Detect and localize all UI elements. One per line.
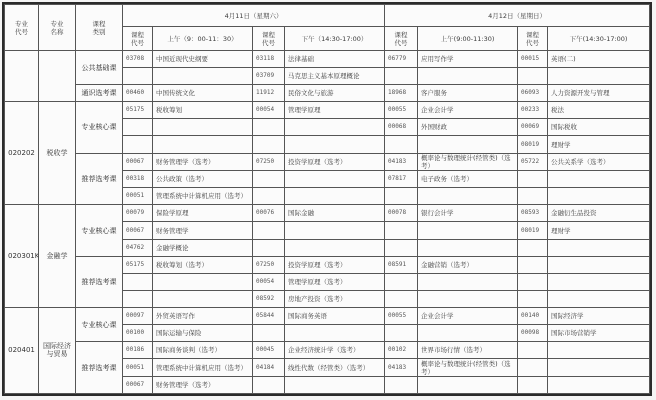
header-course-code: 课程 代号	[123, 27, 153, 51]
course-name-cell: 财务管理学（选考）	[153, 376, 253, 393]
header-day2-pm: 下午(14:30-17:00)	[548, 27, 650, 51]
header-course-code: 课程 代号	[385, 27, 418, 51]
course-code-cell: 04183	[385, 153, 418, 171]
course-code-cell: 00067	[123, 376, 153, 393]
course-name-cell: 外贸英语写作	[153, 307, 253, 324]
major-code: 020401	[5, 307, 39, 393]
course-code-cell: 00069	[518, 119, 548, 136]
course-name-cell: 保险学原理	[153, 205, 253, 222]
course-name-cell	[153, 68, 253, 85]
header-day2-am: 上午(9:00-11:30)	[418, 27, 518, 51]
course-code-cell	[253, 325, 285, 342]
course-name-cell	[285, 376, 385, 393]
course-code-cell: 00055	[385, 307, 418, 324]
course-name-cell: 线性代数（经管类）（选考）	[285, 359, 385, 377]
course-code-cell: 05175	[123, 102, 153, 119]
major-name: 金融学	[39, 205, 76, 308]
course-code-cell: 03708	[123, 51, 153, 68]
course-code-cell	[385, 325, 418, 342]
course-name-cell	[548, 342, 650, 359]
course-code-cell: 00318	[123, 171, 153, 188]
course-name-cell: 投资学原理（选考）	[285, 153, 385, 171]
course-code-cell: 04184	[253, 359, 285, 377]
course-name-cell	[153, 290, 253, 307]
course-name-cell: 国际商务谈判（选考）	[153, 342, 253, 359]
course-code-cell	[518, 359, 548, 377]
course-name-cell	[418, 376, 518, 393]
course-code-cell	[385, 239, 418, 256]
exam-schedule-table: 专业 代号 专业 名称 课程 类别 4月11日（星期六） 4月12日（星期日） …	[4, 4, 650, 394]
course-name-cell	[285, 136, 385, 153]
course-name-cell: 中国传统文化	[153, 85, 253, 102]
course-code-cell	[518, 256, 548, 273]
course-code-cell: 06093	[518, 85, 548, 102]
course-code-cell	[123, 290, 153, 307]
course-name-cell: 管理学原理（选考）	[285, 273, 385, 290]
course-name-cell	[418, 136, 518, 153]
course-code-cell: 07250	[253, 256, 285, 273]
course-code-cell: 00015	[518, 51, 548, 68]
course-name-cell	[548, 290, 650, 307]
course-code-cell	[123, 273, 153, 290]
course-code-cell	[518, 188, 548, 205]
course-name-cell: 国际经济学	[548, 307, 650, 324]
course-name-cell: 金融衍生品投资	[548, 205, 650, 222]
course-name-cell	[418, 222, 518, 239]
major-name: 税收学	[39, 102, 76, 205]
course-name-cell	[418, 188, 518, 205]
header-day1-pm: 下午（14:30-17:00）	[285, 27, 385, 51]
course-name-cell: 财务管理学	[153, 222, 253, 239]
course-code-cell: 00045	[253, 342, 285, 359]
course-code-cell: 03118	[253, 51, 285, 68]
schedule-body: 公共基础课03708中国近现代史纲要03118法律基础06779应用写作学000…	[5, 51, 650, 394]
course-code-cell	[123, 136, 153, 153]
course-name-cell: 中国近现代史纲要	[153, 51, 253, 68]
course-code-cell	[253, 188, 285, 205]
course-code-cell	[253, 376, 285, 393]
course-name-cell: 应用写作学	[418, 51, 518, 68]
course-code-cell	[385, 290, 418, 307]
course-code-cell	[385, 222, 418, 239]
course-name-cell: 国际运输与保险	[153, 325, 253, 342]
table-row: 020301K金融学专业核心课00079保险学原理00076国际金融00078银…	[5, 205, 650, 222]
course-name-cell: 管理系统中计算机应用（选考）	[153, 188, 253, 205]
course-code-cell: 00140	[518, 307, 548, 324]
course-category: 推荐选考课	[76, 342, 123, 394]
course-name-cell: 金融学概论	[153, 239, 253, 256]
course-code-cell	[385, 188, 418, 205]
course-code-cell	[518, 239, 548, 256]
course-name-cell	[548, 256, 650, 273]
major-name	[39, 51, 76, 102]
course-code-cell: 03709	[253, 68, 285, 85]
course-name-cell: 理财学	[548, 222, 650, 239]
course-code-cell	[253, 119, 285, 136]
course-category: 推荐选考课	[76, 256, 123, 307]
course-name-cell: 国际商务英语	[285, 307, 385, 324]
course-code-cell	[518, 342, 548, 359]
course-name-cell	[153, 136, 253, 153]
course-code-cell: 00460	[123, 85, 153, 102]
course-name-cell: 税收筹划	[153, 102, 253, 119]
course-name-cell: 国际市场营销学	[548, 325, 650, 342]
course-name-cell	[418, 290, 518, 307]
course-name-cell: 世界市场行情（选考）	[418, 342, 518, 359]
course-name-cell: 税收筹划（选考）	[153, 256, 253, 273]
header-major-code: 专业 代号	[5, 5, 39, 51]
course-name-cell: 公共政策（选考）	[153, 171, 253, 188]
course-code-cell: 00233	[518, 102, 548, 119]
course-code-cell	[253, 136, 285, 153]
course-code-cell: 11912	[253, 85, 285, 102]
course-name-cell: 英语(二)	[548, 51, 650, 68]
course-name-cell	[548, 188, 650, 205]
course-code-cell: 00051	[123, 188, 153, 205]
course-category: 推荐选考课	[76, 153, 123, 205]
course-code-cell: 08019	[518, 136, 548, 153]
header-day2: 4月12日（星期日）	[385, 5, 650, 27]
course-name-cell: 马克思主义基本原理概论	[285, 68, 385, 85]
course-name-cell: 企业经济统计学（选考）	[285, 342, 385, 359]
course-code-cell	[253, 239, 285, 256]
course-name-cell: 理财学	[548, 136, 650, 153]
course-name-cell	[548, 68, 650, 85]
course-name-cell: 概率论与数理统计(经管类)（选考）	[418, 359, 518, 377]
course-name-cell	[548, 376, 650, 393]
course-code-cell: 07817	[385, 171, 418, 188]
course-code-cell	[385, 376, 418, 393]
course-code-cell: 00078	[385, 205, 418, 222]
course-name-cell	[548, 171, 650, 188]
header-course-code: 课程 代号	[518, 27, 548, 51]
course-name-cell: 人力资源开发与管理	[548, 85, 650, 102]
table-row: 020401国际经济 与贸易专业核心课00097外贸英语写作05844国际商务英…	[5, 307, 650, 324]
course-code-cell: 00067	[123, 153, 153, 171]
course-code-cell: 05844	[253, 307, 285, 324]
course-name-cell	[285, 188, 385, 205]
course-code-cell	[385, 136, 418, 153]
course-category: 公共基础课	[76, 51, 123, 85]
course-code-cell	[518, 68, 548, 85]
course-name-cell	[418, 325, 518, 342]
course-name-cell	[285, 119, 385, 136]
course-name-cell	[548, 273, 650, 290]
course-name-cell: 金融营销（选考）	[418, 256, 518, 273]
course-code-cell: 00186	[123, 342, 153, 359]
course-category: 专业核心课	[76, 205, 123, 256]
course-name-cell: 公共关系学（选考）	[548, 153, 650, 171]
course-name-cell: 房地产投资（选考）	[285, 290, 385, 307]
course-name-cell: 管理系统中计算机应用（选考）	[153, 359, 253, 377]
course-code-cell: 00097	[123, 307, 153, 324]
course-code-cell	[518, 290, 548, 307]
course-code-cell	[253, 222, 285, 239]
course-code-cell: 04183	[385, 359, 418, 377]
course-name-cell: 企业会计学	[418, 102, 518, 119]
course-code-cell: 07250	[253, 153, 285, 171]
course-name-cell: 法律基础	[285, 51, 385, 68]
major-name: 国际经济 与贸易	[39, 307, 76, 393]
course-name-cell: 民俗文化与旅游	[285, 85, 385, 102]
course-code-cell: 00079	[123, 205, 153, 222]
course-name-cell: 国际金融	[285, 205, 385, 222]
course-name-cell: 客户服务	[418, 85, 518, 102]
course-code-cell: 00100	[123, 325, 153, 342]
course-name-cell	[548, 239, 650, 256]
course-code-cell: 00051	[123, 359, 153, 377]
table-row: 推荐选考课00067财务管理学（选考）07250投资学原理（选考）04183概率…	[5, 153, 650, 171]
course-code-cell: 05175	[123, 256, 153, 273]
course-name-cell	[285, 171, 385, 188]
course-name-cell	[153, 273, 253, 290]
course-category: 专业核心课	[76, 102, 123, 153]
course-name-cell: 财务管理学（选考）	[153, 153, 253, 171]
course-code-cell	[518, 376, 548, 393]
course-code-cell: 18968	[385, 85, 418, 102]
course-code-cell: 00055	[385, 102, 418, 119]
course-code-cell: 00054	[253, 102, 285, 119]
course-code-cell: 05722	[518, 153, 548, 171]
course-code-cell: 00067	[123, 222, 153, 239]
exam-schedule-table-frame: 专业 代号 专业 名称 课程 类别 4月11日（星期六） 4月12日（星期日） …	[2, 2, 652, 396]
course-name-cell	[418, 68, 518, 85]
course-code-cell: 08591	[385, 256, 418, 273]
course-name-cell: 概率论与数理统计(经管类)（选考）	[418, 153, 518, 171]
course-name-cell: 企业会计学	[418, 307, 518, 324]
table-row: 020202税收学专业核心课05175税收筹划00054管理学原理00055企业…	[5, 102, 650, 119]
course-category: 通识选考课	[76, 85, 123, 102]
major-code: 020301K	[5, 205, 39, 308]
course-name-cell	[285, 239, 385, 256]
header-course-code: 课程 代号	[253, 27, 285, 51]
table-row: 推荐选考课00186国际商务谈判（选考）00045企业经济统计学（选考）0010…	[5, 342, 650, 359]
course-code-cell	[385, 273, 418, 290]
course-name-cell: 投资学原理（选考）	[285, 256, 385, 273]
header-course-type: 课程 类别	[76, 5, 123, 51]
header-day1-am: 上午（9：00-11：30）	[153, 27, 253, 51]
course-code-cell: 08019	[518, 222, 548, 239]
course-code-cell	[253, 171, 285, 188]
course-code-cell	[123, 119, 153, 136]
table-row: 通识选考课00460中国传统文化11912民俗文化与旅游18968客户服务060…	[5, 85, 650, 102]
course-code-cell: 00098	[518, 325, 548, 342]
course-name-cell: 税法	[548, 102, 650, 119]
course-code-cell	[518, 273, 548, 290]
course-code-cell: 00054	[253, 273, 285, 290]
course-code-cell: 08592	[253, 290, 285, 307]
course-name-cell	[285, 222, 385, 239]
course-name-cell	[418, 239, 518, 256]
course-name-cell: 电子政务（选考）	[418, 171, 518, 188]
course-name-cell: 国际税收	[548, 119, 650, 136]
major-code	[5, 51, 39, 102]
major-code: 020202	[5, 102, 39, 205]
course-name-cell: 管理学原理	[285, 102, 385, 119]
course-name-cell	[548, 359, 650, 377]
course-code-cell: 04762	[123, 239, 153, 256]
header-day1: 4月11日（星期六）	[123, 5, 385, 27]
table-row: 公共基础课03708中国近现代史纲要03118法律基础06779应用写作学000…	[5, 51, 650, 68]
course-category: 专业核心课	[76, 307, 123, 341]
course-code-cell	[385, 68, 418, 85]
course-name-cell	[153, 119, 253, 136]
course-code-cell: 00076	[253, 205, 285, 222]
course-code-cell: 08593	[518, 205, 548, 222]
course-code-cell	[123, 68, 153, 85]
course-code-cell	[518, 171, 548, 188]
course-code-cell: 00102	[385, 342, 418, 359]
course-name-cell: 外国财政	[418, 119, 518, 136]
course-name-cell	[285, 325, 385, 342]
course-code-cell: 06779	[385, 51, 418, 68]
course-name-cell: 银行会计学	[418, 205, 518, 222]
course-name-cell	[418, 273, 518, 290]
course-code-cell: 00068	[385, 119, 418, 136]
table-row: 推荐选考课05175税收筹划（选考）07250投资学原理（选考）08591金融营…	[5, 256, 650, 273]
header-major-name: 专业 名称	[39, 5, 76, 51]
